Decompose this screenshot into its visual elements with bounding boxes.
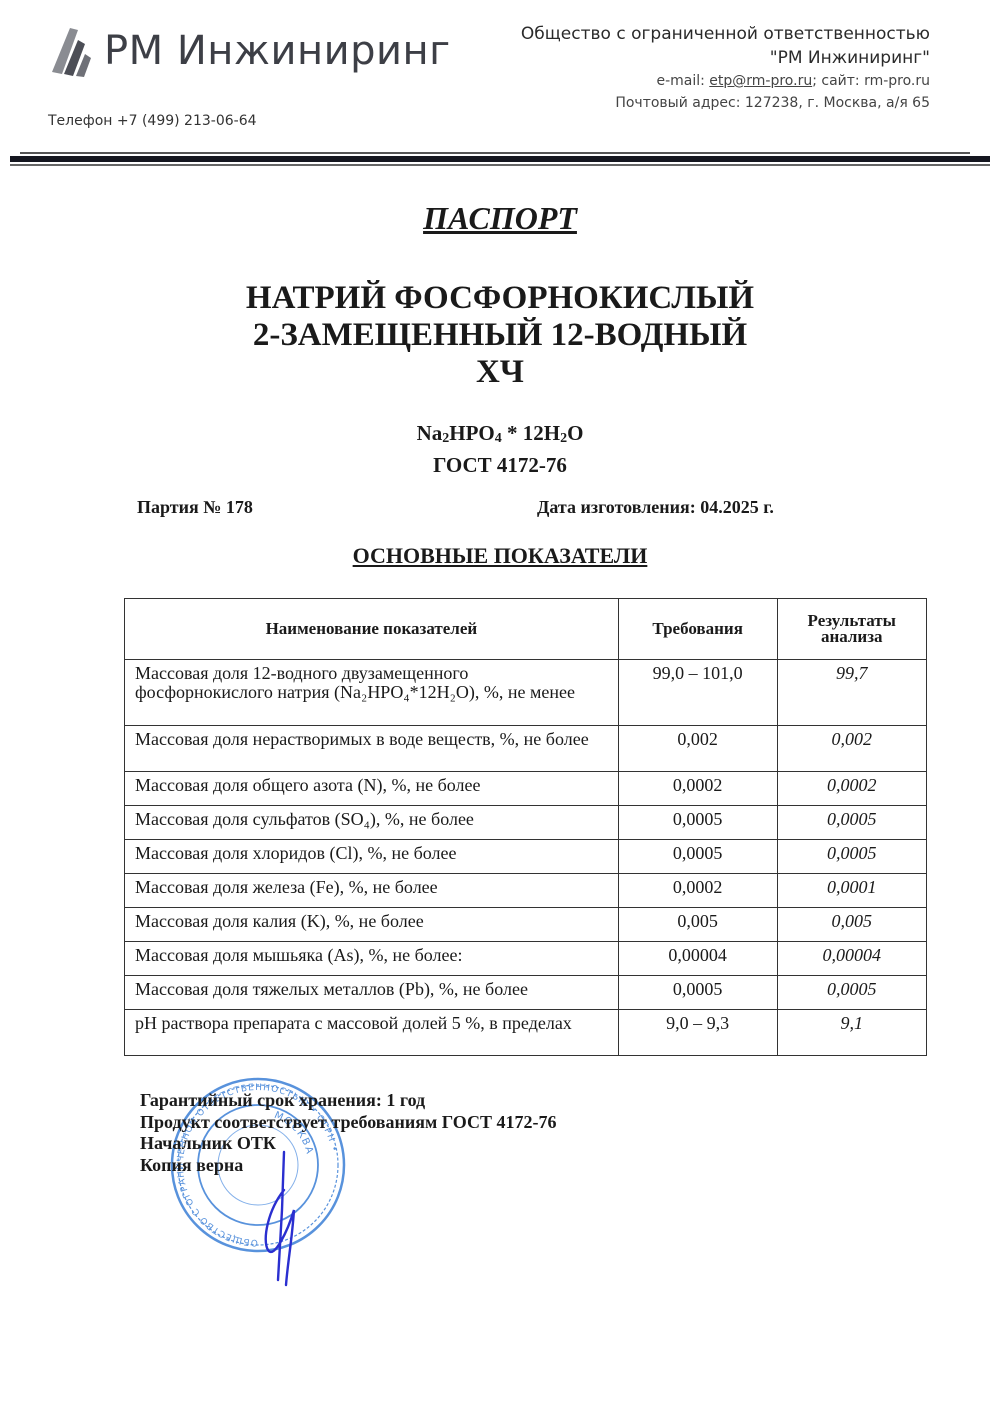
document-title: ПАСПОРТ xyxy=(0,200,1000,237)
chemical-formula: Na2HPO4 * 12H2O xyxy=(0,420,1000,452)
requirement-value: 0,00004 xyxy=(618,942,777,976)
requirement-value: 0,005 xyxy=(618,908,777,942)
indicator-name: Массовая доля тяжелых металлов (Pb), %, … xyxy=(125,976,619,1010)
email-label: e-mail: xyxy=(656,73,709,89)
company-phone: Телефон +7 (499) 213-06-64 xyxy=(48,113,257,129)
result-value: 99,7 xyxy=(777,660,926,726)
email-link[interactable]: etp@rm-pro.ru xyxy=(709,73,812,89)
requirement-value: 9,0 – 9,3 xyxy=(618,1010,777,1056)
result-value: 9,1 xyxy=(777,1010,926,1056)
company-info: Общество с ограниченной ответственностью… xyxy=(521,22,930,114)
indicator-name: pH раствора препарата с массовой долей 5… xyxy=(125,1010,619,1056)
table-body: Массовая доля 12-водного двузамещенного … xyxy=(125,660,927,1056)
site-text: ; сайт: rm-pro.ru xyxy=(812,73,930,89)
requirement-value: 0,0005 xyxy=(618,806,777,840)
logo-mark-icon xyxy=(48,22,100,80)
result-value: 0,0001 xyxy=(777,874,926,908)
indicator-name: Массовая доля железа (Fe), %, не более xyxy=(125,874,619,908)
batch-number: Партия № 178 xyxy=(137,497,253,518)
table-row: Массовая доля железа (Fe), %, не более0,… xyxy=(125,874,927,908)
indicator-name: Массовая доля мышьяка (As), %, не более: xyxy=(125,942,619,976)
table-header-row: Наименование показателей Требования Резу… xyxy=(125,599,927,660)
formula-block: Na2HPO4 * 12H2O ГОСТ 4172-76 xyxy=(0,420,1000,478)
result-value: 0,0002 xyxy=(777,772,926,806)
table-row: Массовая доля нерастворимых в воде вещес… xyxy=(125,726,927,772)
result-value: 0,0005 xyxy=(777,806,926,840)
section-title: ОСНОВНЫЕ ПОКАЗАТЕЛИ xyxy=(0,543,1000,569)
company-contacts: e-mail: etp@rm-pro.ru; сайт: rm-pro.ru xyxy=(521,70,930,92)
table-row: Массовая доля тяжелых металлов (Pb), %, … xyxy=(125,976,927,1010)
table-row: Массовая доля мышьяка (As), %, не более:… xyxy=(125,942,927,976)
header-indicator: Наименование показателей xyxy=(125,599,619,660)
footer-notes: Гарантийный срок хранения: 1 год Продукт… xyxy=(140,1090,556,1176)
table-row: Массовая доля общего азота (N), %, не бо… xyxy=(125,772,927,806)
company-legal-form: Общество с ограниченной ответственностью xyxy=(521,22,930,46)
requirement-value: 0,0002 xyxy=(618,772,777,806)
table-row: Массовая доля хлоридов (Cl), %, не более… xyxy=(125,840,927,874)
table-row: pH раствора препарата с массовой долей 5… xyxy=(125,1010,927,1056)
copy-certified: Копия верна xyxy=(140,1155,556,1177)
indicator-name: Массовая доля хлоридов (Cl), %, не более xyxy=(125,840,619,874)
result-value: 0,00004 xyxy=(777,942,926,976)
indicator-name: Массовая доля сульфатов (SO₄), %, не бол… xyxy=(125,806,619,840)
shelf-life: Гарантийный срок хранения: 1 год xyxy=(140,1090,556,1112)
product-name-line2: 2-ЗАМЕЩЕННЫЙ 12-ВОДНЫЙ xyxy=(0,317,1000,354)
result-value: 0,005 xyxy=(777,908,926,942)
company-name: "РМ Инжиниринг" xyxy=(521,46,930,70)
header-result: Результаты анализа xyxy=(777,599,926,660)
specifications-table: Наименование показателей Требования Резу… xyxy=(124,598,927,1056)
signature-icon xyxy=(248,1150,318,1290)
standard-code: ГОСТ 4172-76 xyxy=(0,452,1000,478)
requirement-value: 0,0005 xyxy=(618,840,777,874)
table-row: Массовая доля 12-водного двузамещенного … xyxy=(125,660,927,726)
indicator-name: Массовая доля нерастворимых в воде вещес… xyxy=(125,726,619,772)
postal-address: Почтовый адрес: 127238, г. Москва, а/я 6… xyxy=(521,92,930,114)
header-requirement: Требования xyxy=(618,599,777,660)
header-divider xyxy=(10,152,990,166)
qc-head: Начальник ОТК xyxy=(140,1133,556,1155)
result-value: 0,0005 xyxy=(777,976,926,1010)
indicator-name: Массовая доля калия (K), %, не более xyxy=(125,908,619,942)
requirement-value: 0,0005 xyxy=(618,976,777,1010)
indicator-name: Массовая доля 12-водного двузамещенного … xyxy=(125,660,619,726)
result-value: 0,002 xyxy=(777,726,926,772)
compliance-statement: Продукт соответствует требованиям ГОСТ 4… xyxy=(140,1112,556,1134)
result-value: 0,0005 xyxy=(777,840,926,874)
indicator-name: Массовая доля общего азота (N), %, не бо… xyxy=(125,772,619,806)
requirement-value: 0,0002 xyxy=(618,874,777,908)
table-row: Массовая доля калия (K), %, не более0,00… xyxy=(125,908,927,942)
product-name-line1: НАТРИЙ ФОСФОРНОКИСЛЫЙ xyxy=(0,280,1000,317)
company-logo: РМ Инжиниринг xyxy=(48,22,451,80)
table-row: Массовая доля сульфатов (SO₄), %, не бол… xyxy=(125,806,927,840)
product-grade: ХЧ xyxy=(0,354,1000,391)
logo-text: РМ Инжиниринг xyxy=(104,28,451,74)
requirement-value: 99,0 – 101,0 xyxy=(618,660,777,726)
requirement-value: 0,002 xyxy=(618,726,777,772)
product-name: НАТРИЙ ФОСФОРНОКИСЛЫЙ 2-ЗАМЕЩЕННЫЙ 12-ВО… xyxy=(0,280,1000,391)
manufacture-date: Дата изготовления: 04.2025 г. xyxy=(537,497,774,518)
